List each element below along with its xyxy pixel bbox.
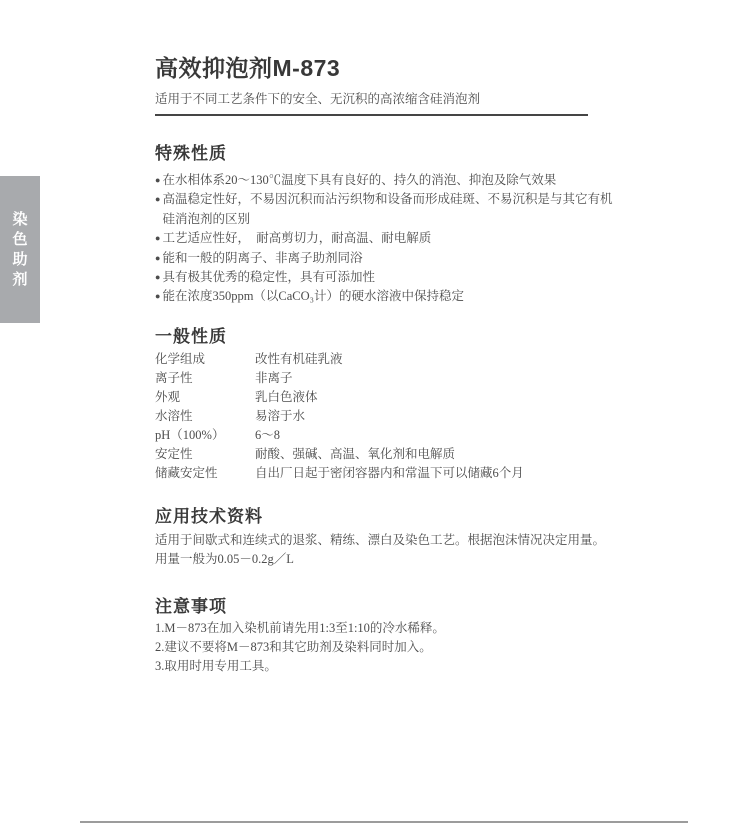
note-item: 1.M－873在加入染机前请先用1:3至1:10的冷水稀释。 — [155, 619, 613, 638]
property-label: 水溶性 — [155, 407, 255, 426]
property-label: 储藏安定性 — [155, 464, 255, 483]
application-heading: 应用技术资料 — [155, 506, 613, 528]
note-item: 3.取用时用专用工具。 — [155, 657, 613, 676]
bullet-dot-icon: ● — [155, 249, 160, 268]
property-row: 储藏安定性 自出厂日起于密闭容器内和常温下可以储藏6个月 — [155, 464, 613, 483]
bullet-item: ● 高温稳定性好，不易因沉积而沾污织物和设备而形成硅斑、不易沉积是与其它有机硅消… — [155, 190, 613, 229]
bullet-item-text: 高温稳定性好，不易因沉积而沾污织物和设备而形成硅斑、不易沉积是与其它有机硅消泡剂… — [162, 190, 613, 229]
bullet-item: ● 能在浓度350ppm（以CaCO₃计）的硬水溶液中保持稳定 — [155, 287, 613, 306]
bullet-dot-icon: ● — [155, 190, 160, 229]
datasheet-page: 染 色 助 剂 高效抑泡剂M-873 适用于不同工艺条件下的安全、无沉积的高浓缩… — [0, 0, 729, 827]
notes-heading: 注意事项 — [155, 596, 613, 618]
bullet-item: ● 工艺适应性好， 耐高剪切力，耐高温、耐电解质 — [155, 229, 613, 248]
special-properties-list: ● 在水相体系20～130℃温度下具有良好的、持久的消泡、抑泡及除气效果 ● 高… — [155, 171, 613, 307]
note-item: 2.建议不要将M－873和其它助剂及染料同时加入。 — [155, 638, 613, 657]
application-paragraph: 适用于间歇式和连续式的退浆、精练、漂白及染色工艺。根据泡沫情况决定用量。用量一般… — [155, 531, 613, 570]
property-row: pH（100%） 6～8 — [155, 426, 613, 445]
property-label: 化学组成 — [155, 350, 255, 369]
category-tab-char: 剂 — [12, 270, 27, 290]
footer-divider — [80, 821, 688, 823]
section-general-properties: 一般性质 化学组成 改性有机硅乳液 离子性 非离子 外观 乳白色 — [155, 326, 613, 483]
bullet-item-text: 具有极其优秀的稳定性，具有可添加性 — [162, 268, 613, 287]
property-value: 非离子 — [255, 369, 613, 388]
category-tab-char: 染 — [12, 210, 27, 230]
property-label: 外观 — [155, 388, 255, 407]
property-row: 离子性 非离子 — [155, 369, 613, 388]
bullet-dot-icon: ● — [155, 268, 160, 287]
category-tab-char: 色 — [12, 230, 27, 250]
bullet-item-text: 工艺适应性好， 耐高剪切力，耐高温、耐电解质 — [162, 229, 613, 248]
content-column: 高效抑泡剂M-873 适用于不同工艺条件下的安全、无沉积的高浓缩含硅消泡剂 特殊… — [155, 0, 613, 677]
category-side-tab: 染 色 助 剂 — [0, 176, 40, 323]
title-divider — [155, 114, 588, 116]
property-label: 离子性 — [155, 369, 255, 388]
property-row: 化学组成 改性有机硅乳液 — [155, 350, 613, 369]
property-label: 安定性 — [155, 445, 255, 464]
property-row: 水溶性 易溶于水 — [155, 407, 613, 426]
general-properties-heading: 一般性质 — [155, 326, 613, 348]
product-subtitle: 适用于不同工艺条件下的安全、无沉积的高浓缩含硅消泡剂 — [155, 91, 613, 107]
property-row: 安定性 耐酸、强碱、高温、氧化剂和电解质 — [155, 445, 613, 464]
bullet-item-text: 在水相体系20～130℃温度下具有良好的、持久的消泡、抑泡及除气效果 — [162, 171, 613, 190]
property-row: 外观 乳白色液体 — [155, 388, 613, 407]
property-value: 耐酸、强碱、高温、氧化剂和电解质 — [255, 445, 613, 464]
bullet-dot-icon: ● — [155, 171, 160, 190]
special-properties-heading: 特殊性质 — [155, 143, 613, 165]
property-value: 6～8 — [255, 426, 613, 445]
property-value: 易溶于水 — [255, 407, 613, 426]
section-application-info: 应用技术资料 适用于间歇式和连续式的退浆、精练、漂白及染色工艺。根据泡沫情况决定… — [155, 506, 613, 570]
bullet-dot-icon: ● — [155, 229, 160, 248]
property-label: pH（100%） — [155, 426, 255, 445]
product-title: 高效抑泡剂M-873 — [155, 54, 613, 82]
bullet-item: ● 在水相体系20～130℃温度下具有良好的、持久的消泡、抑泡及除气效果 — [155, 171, 613, 190]
bullet-dot-icon: ● — [155, 287, 160, 306]
bullet-item: ● 具有极其优秀的稳定性，具有可添加性 — [155, 268, 613, 287]
notes-list: 1.M－873在加入染机前请先用1:3至1:10的冷水稀释。 2.建议不要将M－… — [155, 619, 613, 677]
section-special-properties: 特殊性质 ● 在水相体系20～130℃温度下具有良好的、持久的消泡、抑泡及除气效… — [155, 143, 613, 307]
bullet-item-text: 能在浓度350ppm（以CaCO₃计）的硬水溶液中保持稳定 — [162, 287, 613, 306]
general-properties-table: 化学组成 改性有机硅乳液 离子性 非离子 外观 乳白色液体 水溶性 — [155, 350, 613, 483]
property-value: 乳白色液体 — [255, 388, 613, 407]
bullet-item: ● 能和一般的阴离子、非离子助剂同浴 — [155, 249, 613, 268]
property-value: 改性有机硅乳液 — [255, 350, 613, 369]
property-value: 自出厂日起于密闭容器内和常温下可以储藏6个月 — [255, 464, 613, 483]
bullet-item-text: 能和一般的阴离子、非离子助剂同浴 — [162, 249, 613, 268]
category-tab-char: 助 — [12, 250, 27, 270]
section-notes: 注意事项 1.M－873在加入染机前请先用1:3至1:10的冷水稀释。 2.建议… — [155, 596, 613, 677]
